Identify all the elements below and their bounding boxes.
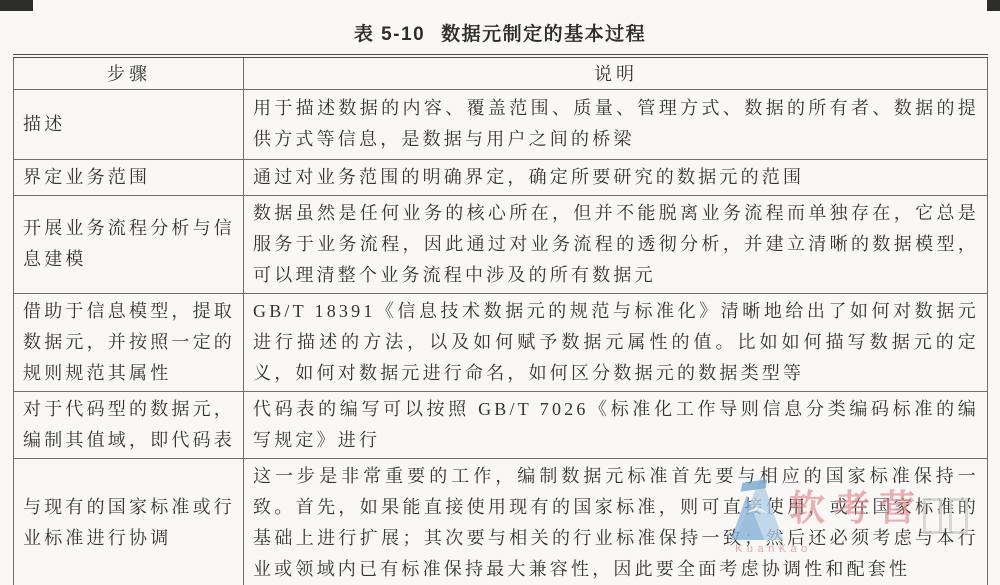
description-cell: GB/T 18391《信息技术数据元的规范与标准化》清晰地给出了如何对数据元进行… [244, 293, 988, 391]
table-row: 描述 用于描述数据的内容、覆盖范围、质量、管理方式、数据的所有者、数据的提供方式… [14, 89, 988, 159]
description-cell: 通过对业务范围的明确界定，确定所要研究的数据元的范围 [244, 159, 988, 195]
data-table: 步骤 说明 描述 用于描述数据的内容、覆盖范围、质量、管理方式、数据的所有者、数… [13, 54, 988, 585]
table-title-text: 数据元制定的基本过程 [441, 24, 646, 45]
step-cell: 描述 [14, 89, 244, 159]
description-cell: 代码表的编写可以按照 GB/T 7026《标准化工作导则信息分类编码标准的编写规… [244, 391, 988, 458]
header-description: 说明 [244, 56, 988, 89]
table-row: 对于代码型的数据元，编制其值域，即代码表 代码表的编写可以按照 GB/T 702… [14, 391, 988, 458]
table-header-row: 步骤 说明 [14, 56, 988, 89]
step-cell: 借助于信息模型，提取数据元，并按照一定的规则规范其属性 [14, 293, 244, 391]
step-cell: 开展业务流程分析与信息建模 [14, 195, 244, 293]
description-cell: 用于描述数据的内容、覆盖范围、质量、管理方式、数据的所有者、数据的提供方式等信息… [244, 89, 988, 159]
step-cell: 界定业务范围 [14, 159, 244, 195]
table-number: 表 5-10 [354, 24, 425, 45]
table-row: 借助于信息模型，提取数据元，并按照一定的规则规范其属性 GB/T 18391《信… [14, 293, 988, 391]
description-cell: 这一步是非常重要的工作，编制数据元标准首先要与相应的国家标准保持一致。首先，如果… [244, 458, 988, 585]
table-caption: 表 5-10数据元制定的基本过程 [0, 19, 1000, 46]
table-row: 与现有的国家标准或行业标准进行协调 这一步是非常重要的工作，编制数据元标准首先要… [14, 458, 988, 585]
scan-artifact-top-right [987, 0, 1000, 11]
table-row: 开展业务流程分析与信息建模 数据虽然是任何业务的核心所在，但并不能脱离业务流程而… [14, 195, 988, 293]
step-cell: 与现有的国家标准或行业标准进行协调 [14, 458, 244, 585]
table-row: 界定业务范围 通过对业务范围的明确界定，确定所要研究的数据元的范围 [14, 159, 988, 195]
scanned-page: 表 5-10数据元制定的基本过程 步骤 说明 描述 用于描述数据的内容、覆盖范围… [0, 0, 1000, 585]
description-cell: 数据虽然是任何业务的核心所在，但并不能脱离业务流程而单独存在，它总是服务于业务流… [244, 195, 988, 293]
header-step: 步骤 [14, 56, 244, 89]
step-cell: 对于代码型的数据元，编制其值域，即代码表 [14, 391, 244, 458]
scan-artifact-top-left [0, 0, 33, 11]
